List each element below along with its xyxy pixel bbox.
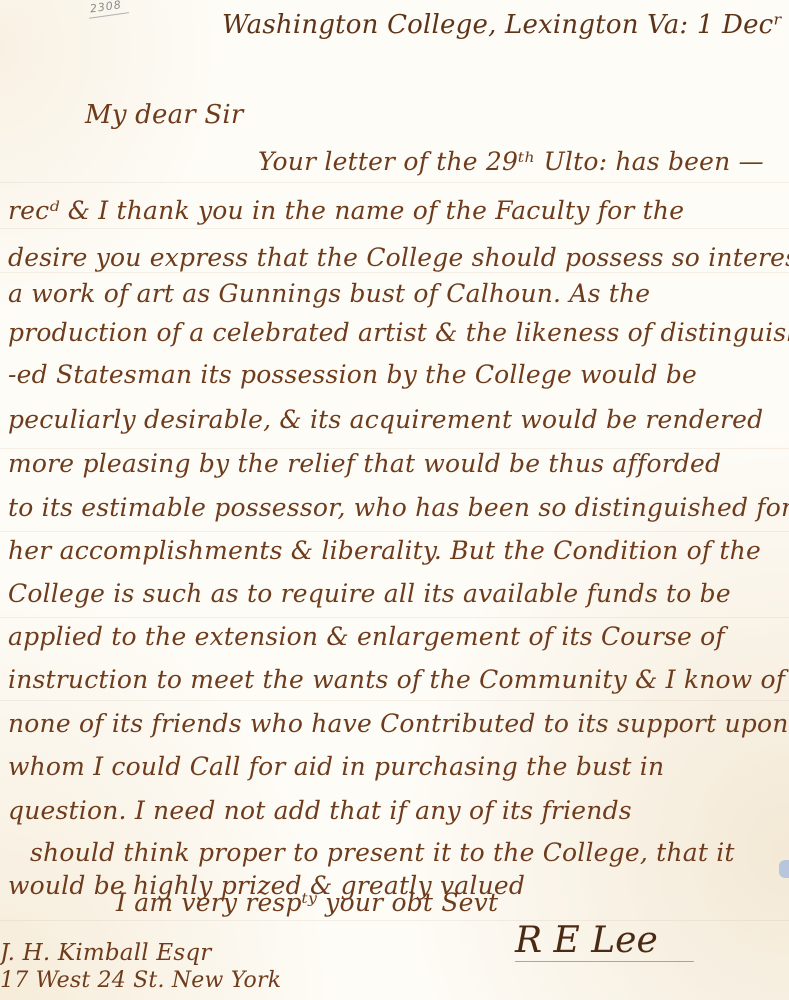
body-line: peculiarly desirable, & its acquirement …	[8, 405, 763, 434]
ruled-line	[0, 700, 789, 701]
body-line: should think proper to present it to the…	[30, 838, 735, 867]
ruled-line	[0, 531, 789, 532]
body-line: College is such as to require all its av…	[8, 579, 731, 608]
ruled-line	[0, 272, 789, 273]
body-line: recᵈ & I thank you in the name of the Fa…	[8, 196, 684, 225]
body-line: desire you express that the College shou…	[8, 243, 789, 272]
body-line: question. I need not add that if any of …	[8, 796, 632, 825]
body-line: none of its friends who have Contributed…	[8, 709, 789, 738]
salutation: My dear Sir	[85, 100, 244, 130]
ruled-line	[0, 228, 789, 229]
body-line: a work of art as Gunnings bust of Calhou…	[8, 279, 650, 308]
body-line: to its estimable possessor, who has been…	[8, 493, 789, 522]
body-line: -ed Statesman its possession by the Coll…	[8, 360, 697, 389]
dateline: Washington College, Lexington Va: 1 Decʳ…	[222, 10, 789, 40]
body-line: more pleasing by the relief that would b…	[8, 449, 721, 478]
body-line: applied to the extension & enlargement o…	[8, 622, 725, 651]
complimentary-closing: I am very respᵗʸ your obt Sevt	[116, 888, 498, 917]
body-line: whom I could Call for aid in purchasing …	[8, 752, 664, 781]
signature: R E Lee	[515, 920, 694, 962]
body-line: Your letter of the 29ᵗʰ Ulto: has been —	[258, 147, 764, 176]
ruled-line	[0, 617, 789, 618]
addressee-address: 17 West 24 St. New York	[0, 968, 281, 993]
ruled-line	[0, 182, 789, 183]
body-line: instruction to meet the wants of the Com…	[8, 665, 785, 694]
blue-tab-mark	[779, 860, 789, 878]
addressee-name: J. H. Kimball Esqr	[0, 940, 211, 966]
body-line: production of a celebrated artist & the …	[8, 318, 789, 347]
body-line: her accomplishments & liberality. But th…	[8, 536, 761, 565]
letter-page: 2308 Washington College, Lexington Va: 1…	[0, 0, 789, 1000]
archive-pencil-mark: 2308	[87, 0, 129, 19]
